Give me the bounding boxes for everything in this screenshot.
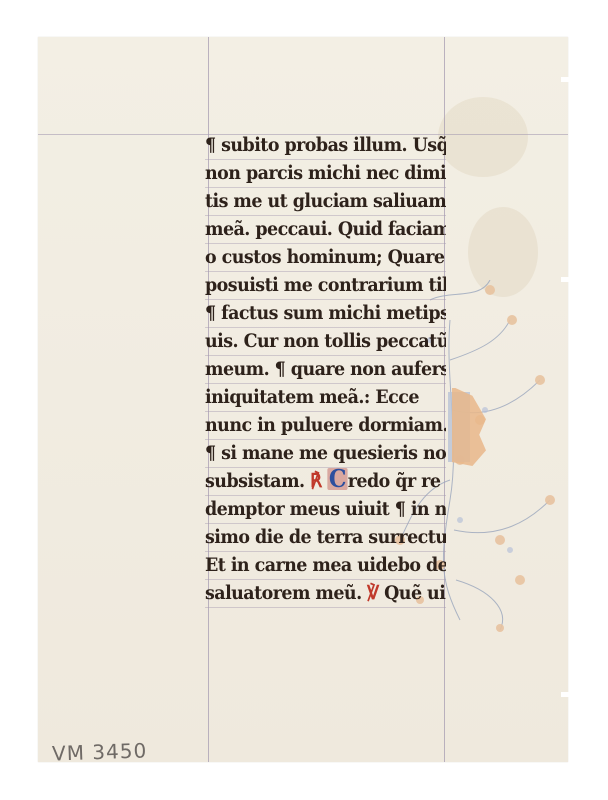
text-line: tis me ut gluciam saliuam xyxy=(205,188,446,216)
text-line: meã. peccaui. Quid faciam t̃ xyxy=(205,216,446,244)
text-line: nunc in puluere dormiam. xyxy=(205,412,446,440)
response-mark: ℟ xyxy=(310,470,321,492)
text-line: ¶ factus sum michi metipsi gra xyxy=(205,300,446,328)
text-line: simo die de terra surrecturus sũ. xyxy=(205,524,446,552)
text-line: ¶ subito probas illum. Usq̃z xyxy=(205,132,446,160)
text-segment: redo q̃r re xyxy=(348,470,441,492)
text-column: ¶ subito probas illum. Usq̃z non parcis … xyxy=(205,132,467,608)
text-line: iniquitatem meã.: Ecce xyxy=(205,384,446,412)
edge-notch xyxy=(561,77,569,82)
text-line: non parcis michi nec dimit xyxy=(205,160,446,188)
text-line: ¶ si mane me quesieris non xyxy=(205,440,446,468)
text-line-with-initial: subsistam. ℟ Credo q̃r re xyxy=(205,468,446,496)
versicle-mark: ℣ xyxy=(367,582,378,604)
text-line: o custos hominum; Quare xyxy=(205,244,446,272)
text-segment: subsistam. xyxy=(205,470,305,492)
decorated-initial: C xyxy=(327,468,348,490)
text-line: posuisti me contrarium tibi. xyxy=(205,272,446,300)
edge-notch xyxy=(561,692,569,697)
text-line: meum. ¶ quare non aufers xyxy=(205,356,446,384)
text-segment: Quẽ uisu xyxy=(384,582,446,604)
shelfmark-pencil-note: VM 3450 xyxy=(52,738,148,765)
text-line: uis. Cur non tollis peccatũ xyxy=(205,328,446,356)
text-segment: saluatorem meũ. xyxy=(205,582,362,604)
text-line-with-versicle: saluatorem meũ. ℣ Quẽ uisu xyxy=(205,580,446,608)
text-line: Et in carne mea uidebo deum xyxy=(205,552,446,580)
text-line: demptor meus uiuit ¶ in nouis xyxy=(205,496,446,524)
